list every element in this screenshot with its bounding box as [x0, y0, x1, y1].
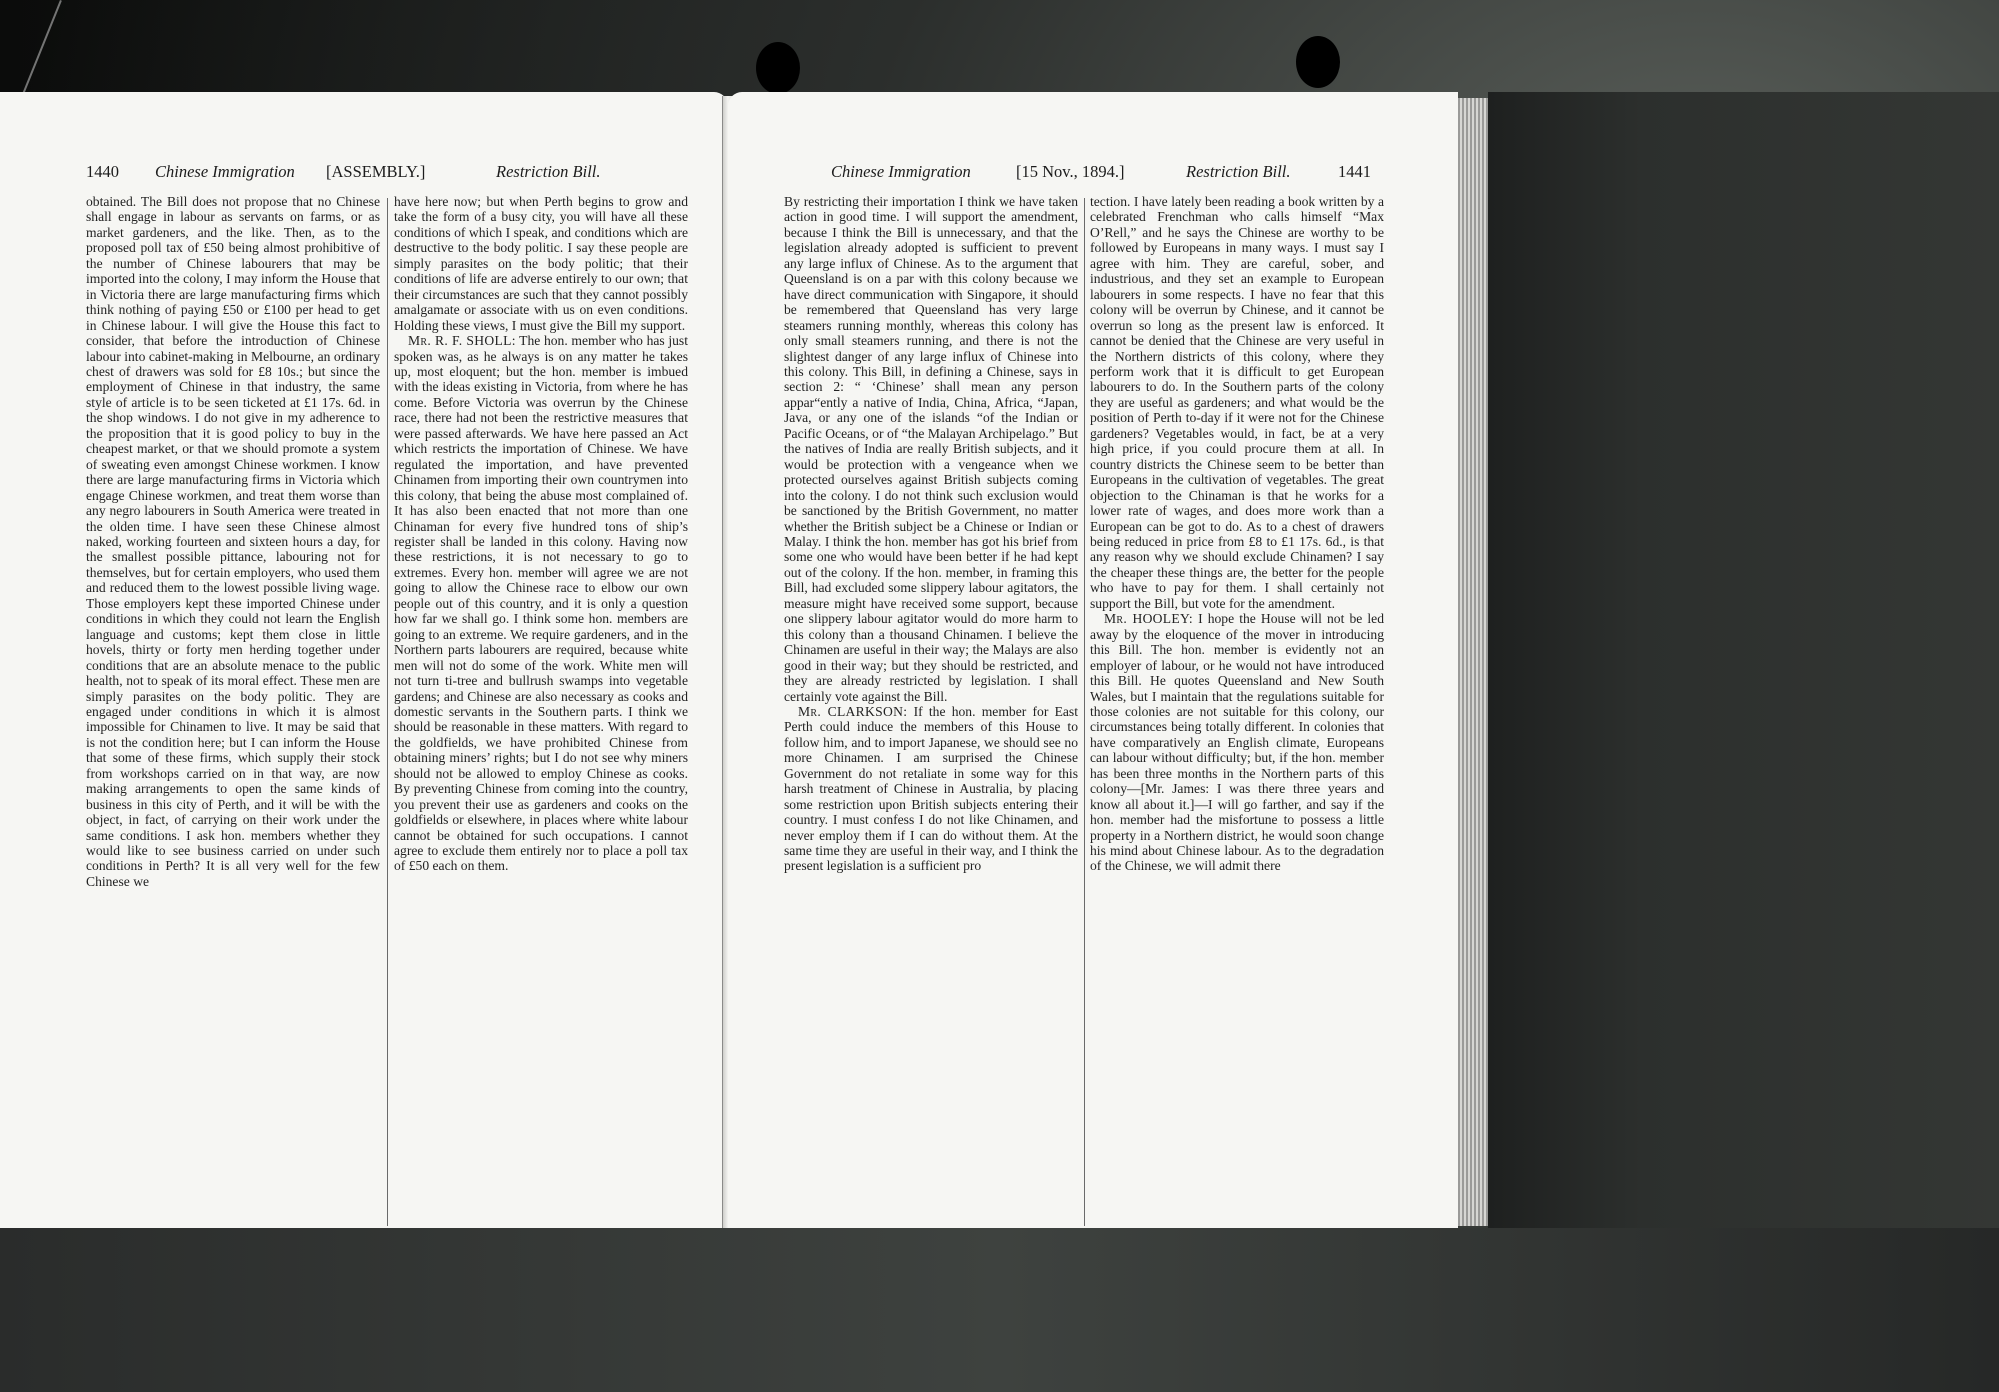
right-running-head: Chinese Immigration [15 Nov., 1894.] Res… — [728, 162, 1458, 186]
column-rule — [1084, 198, 1085, 1226]
column-rule — [387, 198, 388, 1226]
speech-paragraph: Mr. HOOLEY: I hope the House will not be… — [1090, 611, 1384, 874]
speech-paragraph: Mr. R. F. SHOLL: The hon. mem­ber who ha… — [394, 333, 688, 874]
paragraph: By restricting their importation I think… — [784, 194, 1078, 704]
running-title-right: Restriction Bill. — [496, 162, 601, 182]
speaker-name: Mr. CLARKSON: — [798, 704, 907, 719]
running-title-left: Chinese Immigration — [831, 162, 971, 182]
running-title-right: Restriction Bill. — [1186, 162, 1291, 182]
binder-hole-right — [1296, 36, 1340, 88]
page-number: 1441 — [1338, 162, 1371, 182]
scanner-margin-bottom — [0, 1228, 1999, 1392]
left-running-head: 1440 Chinese Immigration [ASSEMBLY.] Res… — [0, 162, 728, 186]
page-edges — [1458, 98, 1488, 1226]
paragraph: have here now; but when Perth begins to … — [394, 194, 688, 333]
speaker-name: Mr. HOOLEY: — [1104, 611, 1193, 626]
scanner-margin-right — [1488, 92, 1999, 1228]
house-label: [ASSEMBLY.] — [326, 162, 425, 182]
text-column-4: tection. I have lately been reading a bo… — [1090, 194, 1384, 874]
right-page: Chinese Immigration [15 Nov., 1894.] Res… — [728, 92, 1458, 1228]
text-column-1: obtained. The Bill does not propose that… — [86, 194, 380, 889]
text-column-3: By restricting their importation I think… — [784, 194, 1078, 874]
speech-paragraph: Mr. CLARKSON: If the hon. mem­ber for Ea… — [784, 704, 1078, 874]
binder-hole-left — [756, 42, 800, 94]
running-title-left: Chinese Immigration — [155, 162, 295, 182]
paragraph: tection. I have lately been reading a bo… — [1090, 194, 1384, 611]
date-label: [15 Nov., 1894.] — [1016, 162, 1124, 182]
speaker-name: Mr. R. F. SHOLL: — [408, 333, 516, 348]
paragraph: obtained. The Bill does not propose that… — [86, 194, 380, 889]
left-page: 1440 Chinese Immigration [ASSEMBLY.] Res… — [0, 92, 728, 1228]
text-column-2: have here now; but when Perth begins to … — [394, 194, 688, 874]
page-number: 1440 — [86, 162, 119, 182]
